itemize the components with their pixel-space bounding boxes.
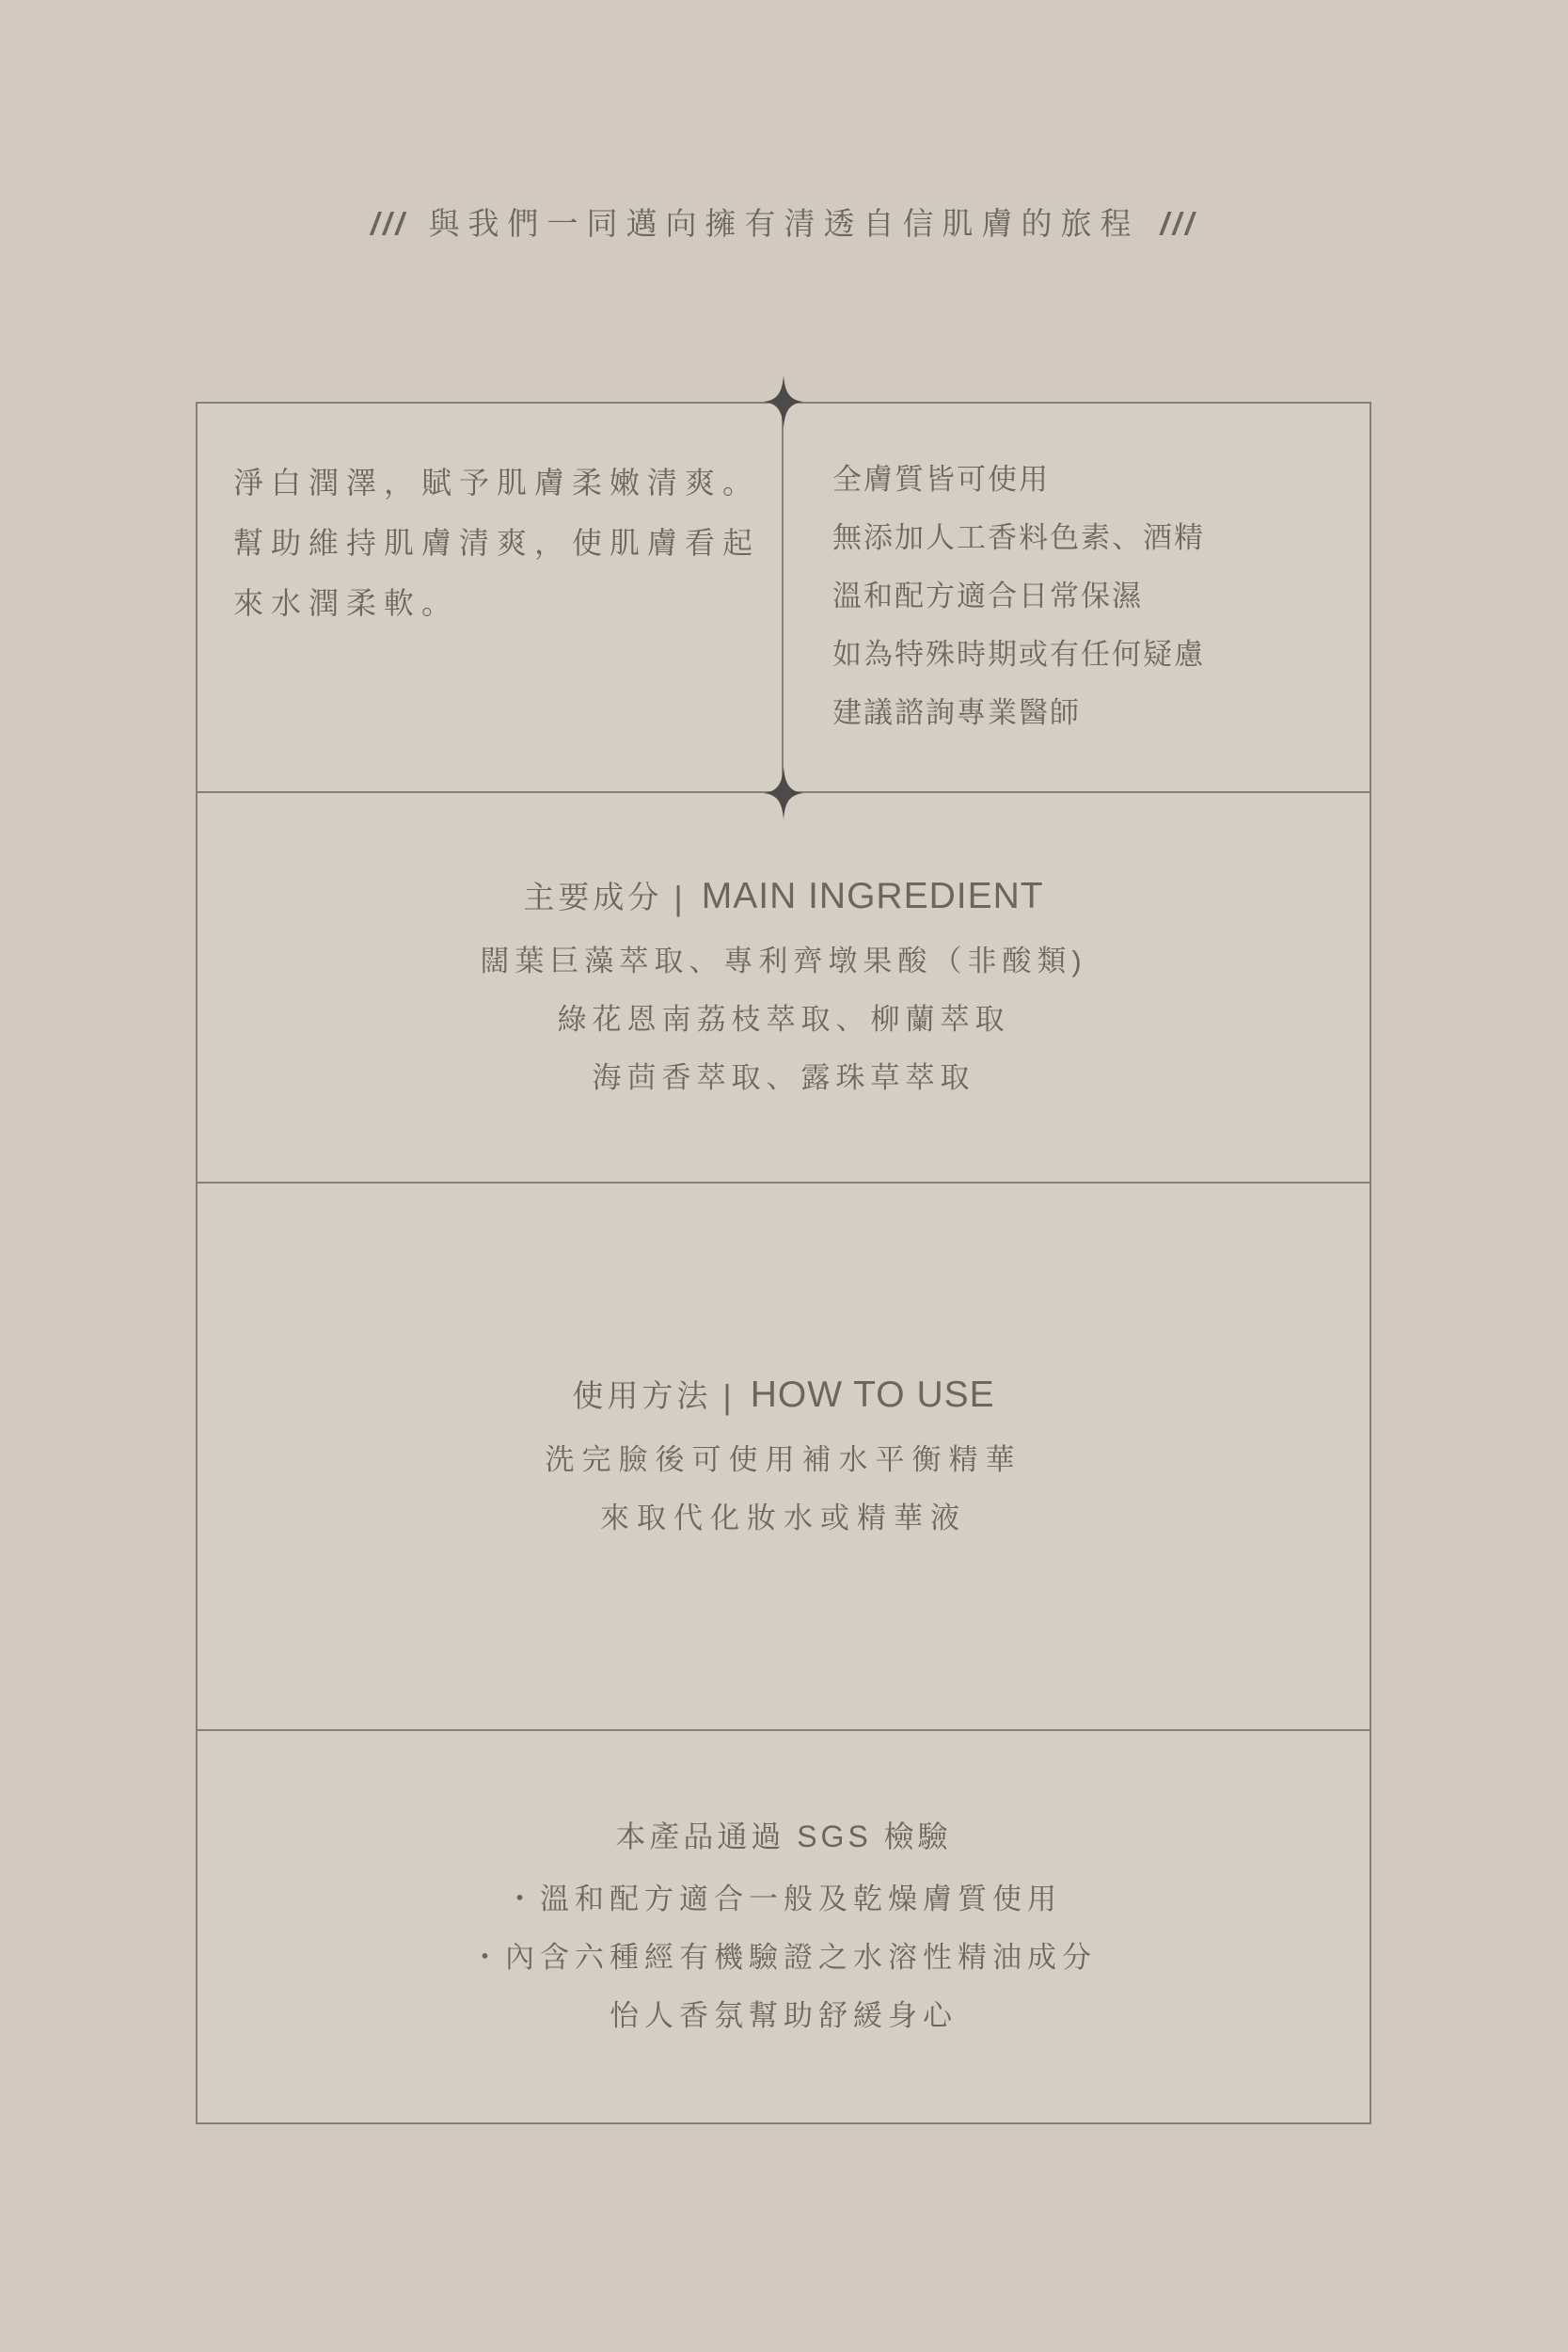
ingredient-line: 闊葉巨藻萃取、專利齊墩果酸（非酸類) xyxy=(480,932,1086,991)
ingredient-line: 海茴香萃取、露珠草萃取 xyxy=(593,1049,975,1107)
usage-notes: 全膚質皆可使用 無添加人工香料色素、酒精 溫和配方適合日常保濕 如為特殊時期或有… xyxy=(784,404,1370,791)
section-title-en: HOW TO USE xyxy=(751,1375,995,1415)
usage-section: 使用方法|HOW TO USE 洗完臉後可使用補水平衡精華 來取代化妝水或精華液 xyxy=(198,1184,1370,1731)
section-title-en: MAIN INGREDIENT xyxy=(702,876,1044,916)
text-line: 來水潤柔軟。 xyxy=(233,573,782,633)
usage-section-title: 使用方法|HOW TO USE xyxy=(572,1366,994,1426)
section-title-zh: 主要成分 xyxy=(523,880,662,914)
title-divider: | xyxy=(673,869,686,928)
text-line: 建議諮詢專業醫師 xyxy=(832,684,1370,742)
title-divider: | xyxy=(722,1368,735,1426)
tagline-text: 與我們一同邁向擁有清透自信肌膚的旅程 xyxy=(429,206,1140,241)
slashes-right-icon: /// xyxy=(1161,206,1198,241)
benefit-text: 淨白潤澤，賦予肌膚柔嫩清爽。 幫助維持肌膚清爽，使肌膚看起 來水潤柔軟。 xyxy=(198,404,784,791)
certification-title: 本產品通過 SGS 檢驗 xyxy=(615,1807,951,1866)
slashes-left-icon: /// xyxy=(371,206,408,241)
sparkle-icon xyxy=(764,375,803,428)
text-line: 幫助維持肌膚清爽，使肌膚看起 xyxy=(233,513,782,573)
ingredient-line: 綠花恩南荔枝萃取、柳蘭萃取 xyxy=(558,991,1010,1049)
text-line: 如為特殊時期或有任何疑慮 xyxy=(832,626,1370,684)
text-line: 溫和配方適合日常保濕 xyxy=(832,567,1370,626)
ingredients-section: 主要成分|MAIN INGREDIENT 闊葉巨藻萃取、專利齊墩果酸（非酸類) … xyxy=(198,793,1370,1184)
usage-line: 洗完臉後可使用補水平衡精華 xyxy=(546,1431,1022,1489)
certification-section: 本產品通過 SGS 檢驗 ・溫和配方適合一般及乾燥膚質使用 ・內含六種經有機驗證… xyxy=(198,1731,1370,2121)
certification-line: ・溫和配方適合一般及乾燥膚質使用 xyxy=(505,1870,1062,1929)
certification-line: 怡人香氛幫助舒緩身心 xyxy=(610,1987,958,2045)
certification-line: ・內含六種經有機驗證之水溶性精油成分 xyxy=(470,1929,1097,1987)
text-line: 淨白潤澤，賦予肌膚柔嫩清爽。 xyxy=(233,453,782,513)
ingredients-section-title: 主要成分|MAIN INGREDIENT xyxy=(523,867,1043,928)
intro-section: 淨白潤澤，賦予肌膚柔嫩清爽。 幫助維持肌膚清爽，使肌膚看起 來水潤柔軟。 全膚質… xyxy=(198,404,1370,793)
text-line: 無添加人工香料色素、酒精 xyxy=(832,509,1370,567)
sparkle-icon xyxy=(764,767,803,819)
page-tagline: ///與我們一同邁向擁有清透自信肌膚的旅程/// xyxy=(0,199,1568,244)
section-title-zh: 使用方法 xyxy=(572,1378,711,1413)
text-line: 全膚質皆可使用 xyxy=(832,451,1370,509)
product-info-page: ///與我們一同邁向擁有清透自信肌膚的旅程/// 淨白潤澤，賦予肌膚柔嫩清爽。 … xyxy=(0,0,1568,2352)
info-panel: 淨白潤澤，賦予肌膚柔嫩清爽。 幫助維持肌膚清爽，使肌膚看起 來水潤柔軟。 全膚質… xyxy=(196,402,1371,2124)
usage-line: 來取代化妝水或精華液 xyxy=(600,1489,967,1548)
